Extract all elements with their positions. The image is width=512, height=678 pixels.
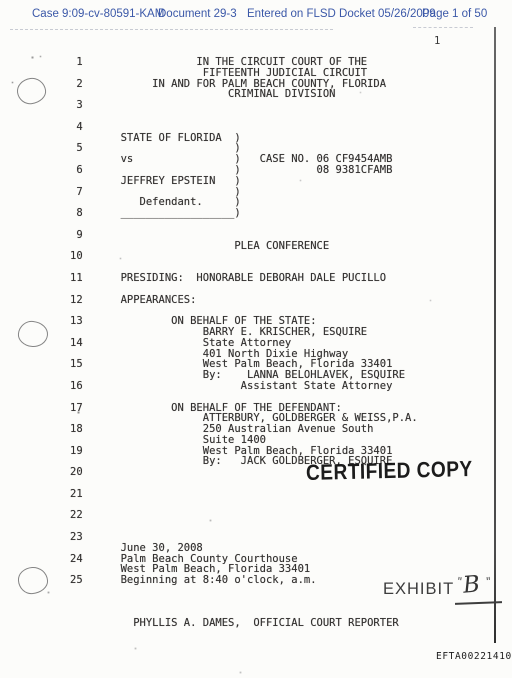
hole-punch-mark: [15, 76, 47, 106]
header-document: Document 29-3: [158, 8, 237, 20]
transcript-page-number: 1: [434, 35, 440, 47]
document-page: Case 9:09-cv-80591-KAM Document 29-3 Ent…: [0, 0, 512, 678]
ecf-header: Case 9:09-cv-80591-KAM Document 29-3 Ent…: [0, 8, 512, 24]
exhibit-stamp: EXHIBIT " B ": [383, 574, 508, 614]
certified-copy-stamp: CERTIFIED COPY: [306, 456, 473, 486]
scan-artifact-line: [413, 27, 473, 28]
header-page-count: Page 1 of 50: [422, 8, 487, 20]
exhibit-quote-close: ": [485, 575, 491, 588]
scan-artifact-line: [10, 29, 333, 30]
hole-punch-mark: [17, 320, 50, 349]
page-edge-line: [494, 27, 496, 643]
transcript-body: 1 IN THE CIRCUIT COURT OF THE FIFTEENTH …: [70, 57, 418, 629]
bates-number: EFTA00221410: [436, 651, 512, 662]
exhibit-letter-handwritten: B: [462, 571, 481, 598]
scan-noise-speckles: [0, 0, 1, 1]
header-docket-date: Entered on FLSD Docket 05/26/2009: [247, 8, 436, 20]
header-case-number: Case 9:09-cv-80591-KAM: [32, 8, 164, 20]
exhibit-stamp-label: EXHIBIT: [383, 580, 454, 599]
hole-punch-mark: [17, 566, 49, 595]
